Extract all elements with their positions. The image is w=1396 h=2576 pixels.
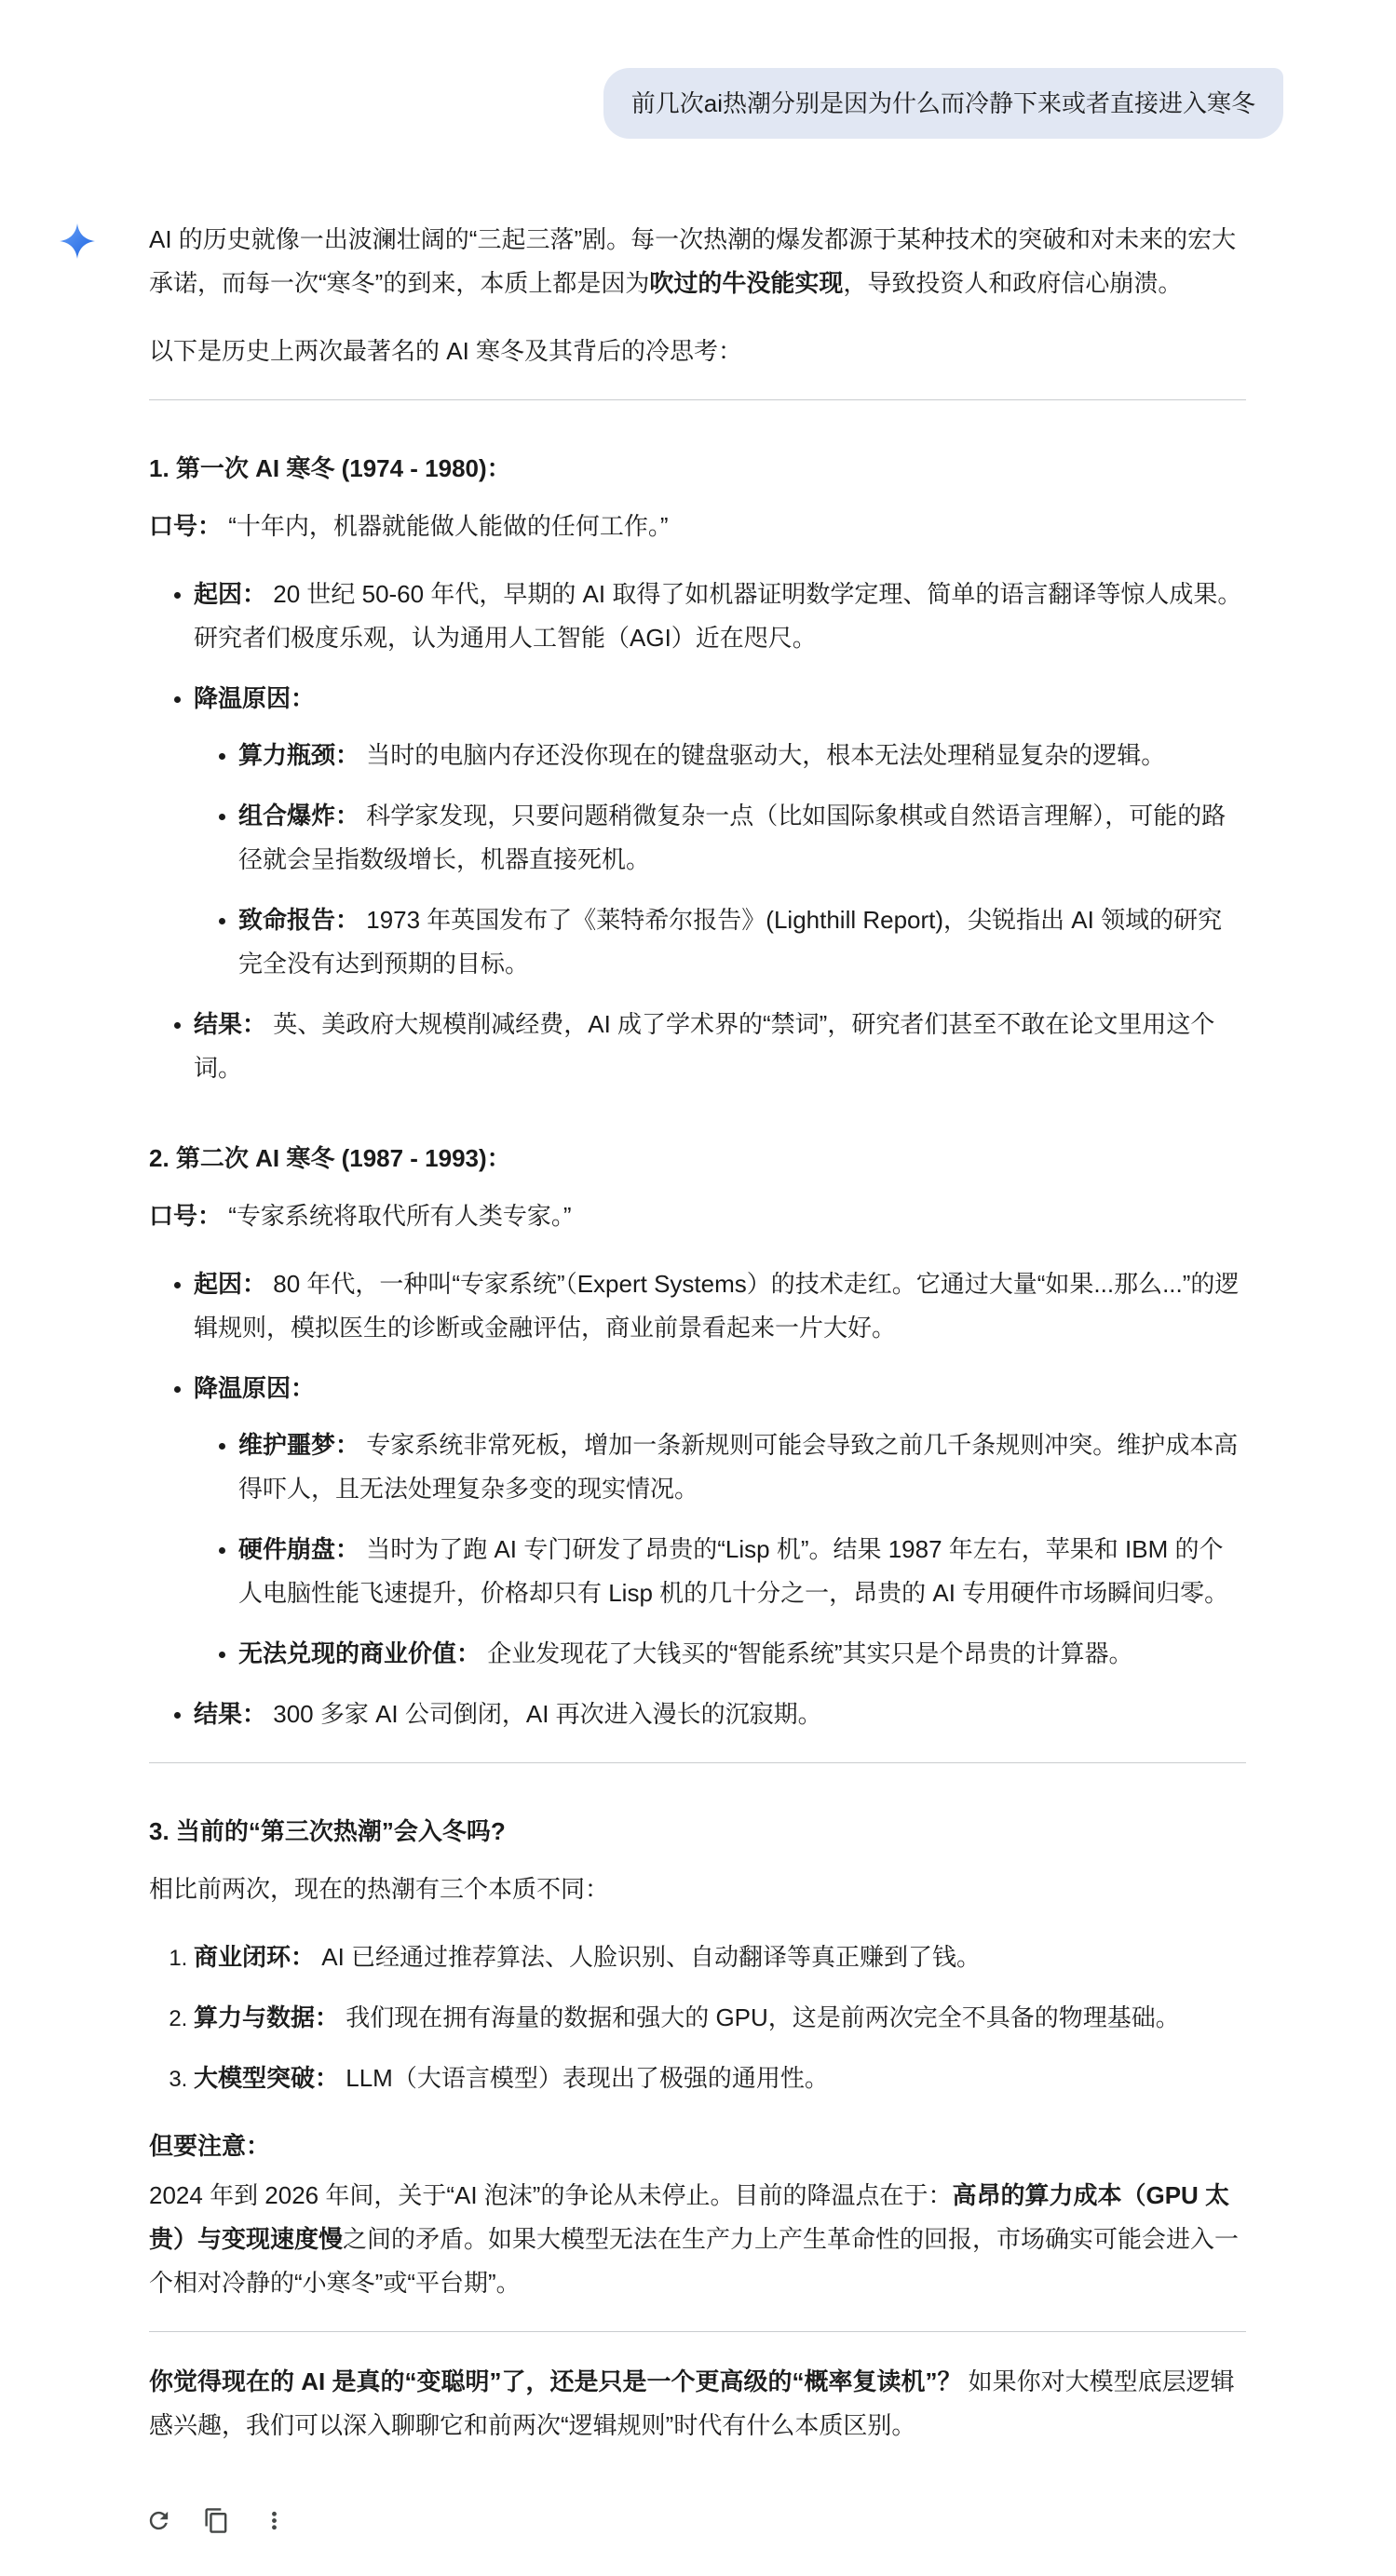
user-message-text: 前几次ai热潮分别是因为什么而冷静下来或者直接进入寒冬 <box>631 89 1255 117</box>
text: “十年内，机器就能做人能做的任何工作。” <box>222 512 669 540</box>
list-item: 起因： 20 世纪 50-60 年代，早期的 AI 取得了如机器证明数学定理、简… <box>194 573 1246 660</box>
list-item: 组合爆炸： 科学家发现，只要问题稍微复杂一点（比如国际象棋或自然语言理解），可能… <box>238 794 1246 882</box>
bold-text: 你觉得现在的 AI 是真的“变聪明”了，还是只是一个更高级的“概率复读机”？ <box>149 2367 961 2395</box>
list-item: 起因： 80 年代，一种叫“专家系统”（Expert Systems）的技术走红… <box>194 1262 1246 1350</box>
list-item: 结果： 300 多家 AI 公司倒闭，AI 再次进入漫长的沉寂期。 <box>194 1693 1246 1736</box>
text: 2. 第二次 AI 寒冬 (1987 - 1993)： <box>149 1144 511 1172</box>
bullet-list: 起因： 80 年代，一种叫“专家系统”（Expert Systems）的技术走红… <box>149 1262 1246 1736</box>
text: ，导致投资人和政府信心崩溃。 <box>843 269 1182 297</box>
response-blocks: AI 的历史就像一出波澜壮阔的“三起三落”剧。每一次热潮的爆发都源于某种技术的突… <box>149 218 1246 2472</box>
bold-text: 结果： <box>194 1010 266 1038</box>
section-heading: 2. 第二次 AI 寒冬 (1987 - 1993)： <box>149 1139 1246 1178</box>
response-paragraph: 口号： “专家系统将取代所有人类专家。” <box>149 1194 1246 1238</box>
refresh-icon <box>145 2507 172 2534</box>
response-paragraph: AI 的历史就像一出波澜壮阔的“三起三落”剧。每一次热潮的爆发都源于某种技术的突… <box>149 218 1246 305</box>
text: 20 世纪 50-60 年代，早期的 AI 取得了如机器证明数学定理、简单的语言… <box>194 580 1241 652</box>
list-item: 大模型突破： LLM（大语言模型）表现出了极强的通用性。 <box>194 2057 1246 2100</box>
user-message-bubble: 前几次ai热潮分别是因为什么而冷静下来或者直接进入寒冬 <box>603 68 1283 139</box>
bold-text: 算力瓶颈： <box>238 741 359 769</box>
divider <box>149 399 1246 400</box>
bold-text: 降温原因： <box>194 684 315 712</box>
numbered-list: 商业闭环： AI 已经通过推荐算法、人脸识别、自动翻译等真正赚到了钱。算力与数据… <box>149 1935 1246 2100</box>
bold-text: 维护噩梦： <box>238 1431 359 1459</box>
more-vert-icon <box>261 2507 288 2534</box>
bullet-list: 起因： 20 世纪 50-60 年代，早期的 AI 取得了如机器证明数学定理、简… <box>149 573 1246 1090</box>
response-paragraph: 你觉得现在的 AI 是真的“变聪明”了，还是只是一个更高级的“概率复读机”？ 如… <box>149 2360 1246 2448</box>
list-item: 致命报告： 1973 年英国发布了《莱特希尔报告》(Lighthill Repo… <box>238 898 1246 986</box>
text: 以下是历史上两次最著名的 AI 寒冬及其背后的冷思考： <box>149 337 742 365</box>
text: 当时的电脑内存还没你现在的键盘驱动大，根本无法处理稍显复杂的逻辑。 <box>359 741 1165 769</box>
response-paragraph: 但要注意： <box>149 2124 1246 2168</box>
list-item: 算力与数据： 我们现在拥有海量的数据和强大的 GPU，这是前两次完全不具备的物理… <box>194 1996 1246 2040</box>
bold-text: 降温原因： <box>194 1374 315 1402</box>
text: 2024 年到 2026 年间，关于“AI 泡沫”的争论从未停止。目前的降温点在… <box>149 2181 952 2209</box>
refresh-button[interactable] <box>140 2502 177 2539</box>
text: 1973 年英国发布了《莱特希尔报告》(Lighthill Report)，尖锐… <box>238 906 1222 978</box>
bold-text: 起因： <box>194 1270 266 1298</box>
nested-bullet-list: 维护噩梦： 专家系统非常死板，增加一条新规则可能会导致之前几千条规则冲突。维护成… <box>194 1423 1246 1676</box>
bold-text: 商业闭环： <box>194 1943 315 1971</box>
response-actions <box>0 2472 1396 2576</box>
bold-text: 结果： <box>194 1700 266 1728</box>
copy-button[interactable] <box>197 2502 235 2539</box>
user-message-row: 前几次ai热潮分别是因为什么而冷静下来或者直接进入寒冬 <box>0 0 1396 139</box>
bold-text: 口号： <box>149 512 222 540</box>
text: 企业发现花了大钱买的“智能系统”其实只是个昂贵的计算器。 <box>481 1639 1133 1667</box>
text: 80 年代，一种叫“专家系统”（Expert Systems）的技术走红。它通过… <box>194 1270 1239 1342</box>
bold-text: 无法兑现的商业价值： <box>238 1639 481 1667</box>
text: 当时为了跑 AI 专门研发了昂贵的“Lisp 机”。结果 1987 年左右，苹果… <box>238 1535 1228 1607</box>
list-item: 降温原因：算力瓶颈： 当时的电脑内存还没你现在的键盘驱动大，根本无法处理稍显复杂… <box>194 677 1246 986</box>
bold-text: 吹过的牛没能实现 <box>649 269 843 297</box>
assistant-response-row: AI 的历史就像一出波澜壮阔的“三起三落”剧。每一次热潮的爆发都源于某种技术的突… <box>0 139 1396 2472</box>
text: 300 多家 AI 公司倒闭，AI 再次进入漫长的沉寂期。 <box>266 1700 822 1728</box>
list-item: 无法兑现的商业价值： 企业发现花了大钱买的“智能系统”其实只是个昂贵的计算器。 <box>238 1632 1246 1676</box>
text: LLM（大语言模型）表现出了极强的通用性。 <box>339 2064 829 2092</box>
text: 相比前两次，现在的热潮有三个本质不同： <box>149 1875 609 1903</box>
text: 英、美政府大规模削减经费，AI 成了学术界的“禁词”，研究者们甚至不敢在论文里用… <box>194 1010 1214 1082</box>
copy-icon <box>203 2507 230 2534</box>
response-paragraph: 相比前两次，现在的热潮有三个本质不同： <box>149 1868 1246 1911</box>
list-item: 维护噩梦： 专家系统非常死板，增加一条新规则可能会导致之前几千条规则冲突。维护成… <box>238 1423 1246 1511</box>
list-item: 降温原因：维护噩梦： 专家系统非常死板，增加一条新规则可能会导致之前几千条规则冲… <box>194 1367 1246 1676</box>
bold-text: 但要注意： <box>149 2132 270 2160</box>
divider <box>149 1762 1246 1763</box>
bold-text: 组合爆炸： <box>238 802 359 829</box>
bold-text: 口号： <box>149 1202 222 1230</box>
bold-text: 致命报告： <box>238 906 359 934</box>
section-heading: 3. 当前的“第三次热潮”会入冬吗? <box>149 1812 1246 1851</box>
bold-text: 大模型突破： <box>194 2064 339 2092</box>
bold-text: 硬件崩盘： <box>238 1535 359 1563</box>
text: 专家系统非常死板，增加一条新规则可能会导致之前几千条规则冲突。维护成本高得吓人，… <box>238 1431 1238 1503</box>
gemini-star-icon <box>60 223 95 259</box>
bold-text: 起因： <box>194 580 266 608</box>
nested-bullet-list: 算力瓶颈： 当时的电脑内存还没你现在的键盘驱动大，根本无法处理稍显复杂的逻辑。组… <box>194 734 1246 986</box>
response-paragraph: 2024 年到 2026 年间，关于“AI 泡沫”的争论从未停止。目前的降温点在… <box>149 2174 1246 2305</box>
bold-text: 算力与数据： <box>194 2003 339 2031</box>
text: 1. 第一次 AI 寒冬 (1974 - 1980)： <box>149 454 511 482</box>
chat-page: 前几次ai热潮分别是因为什么而冷静下来或者直接进入寒冬 AI 的历史就像一出波澜… <box>0 0 1396 2576</box>
divider <box>149 2331 1246 2332</box>
response-paragraph: 以下是历史上两次最著名的 AI 寒冬及其背后的冷思考： <box>149 330 1246 373</box>
text: 我们现在拥有海量的数据和强大的 GPU，这是前两次完全不具备的物理基础。 <box>339 2003 1180 2031</box>
response-paragraph: 口号： “十年内，机器就能做人能做的任何工作。” <box>149 505 1246 548</box>
list-item: 算力瓶颈： 当时的电脑内存还没你现在的键盘驱动大，根本无法处理稍显复杂的逻辑。 <box>238 734 1246 777</box>
text: 科学家发现，只要问题稍微复杂一点（比如国际象棋或自然语言理解），可能的路径就会呈… <box>238 802 1226 873</box>
section-heading: 1. 第一次 AI 寒冬 (1974 - 1980)： <box>149 449 1246 488</box>
text: 3. 当前的“第三次热潮”会入冬吗? <box>149 1817 506 1845</box>
list-item: 商业闭环： AI 已经通过推荐算法、人脸识别、自动翻译等真正赚到了钱。 <box>194 1935 1246 1979</box>
more-vert-button[interactable] <box>255 2502 292 2539</box>
list-item: 结果： 英、美政府大规模削减经费，AI 成了学术界的“禁词”，研究者们甚至不敢在… <box>194 1003 1246 1090</box>
text: AI 已经通过推荐算法、人脸识别、自动翻译等真正赚到了钱。 <box>315 1943 981 1971</box>
list-item: 硬件崩盘： 当时为了跑 AI 专门研发了昂贵的“Lisp 机”。结果 1987 … <box>238 1528 1246 1615</box>
text: “专家系统将取代所有人类专家。” <box>222 1202 572 1230</box>
